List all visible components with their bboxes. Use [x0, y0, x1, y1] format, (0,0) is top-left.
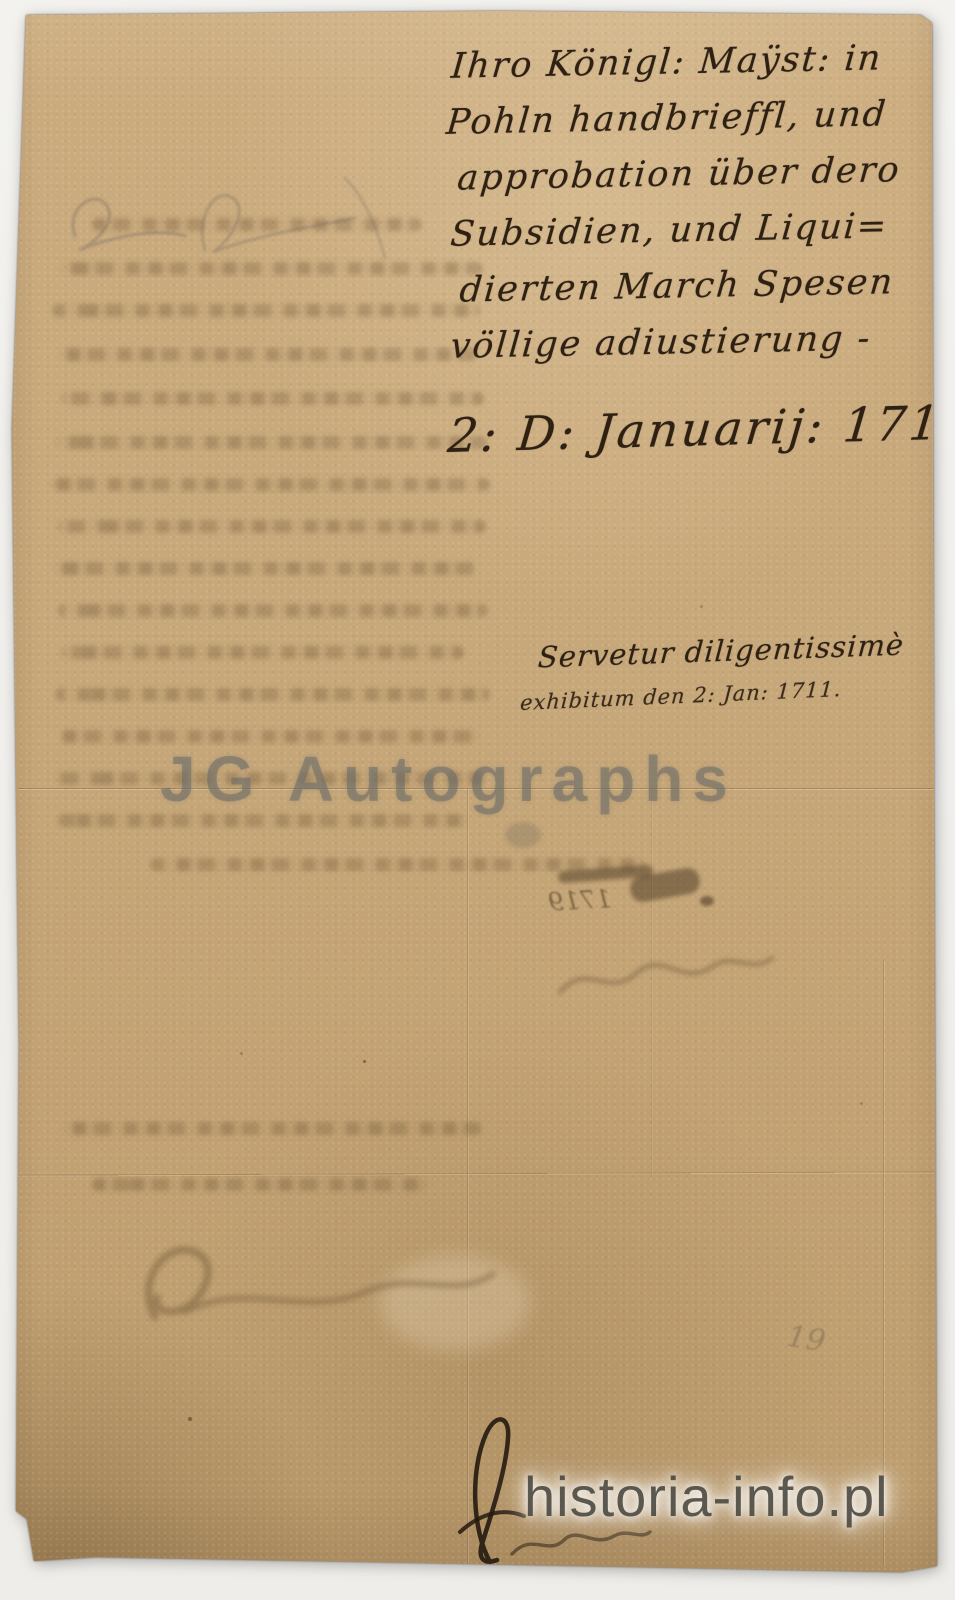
horizontal-fold-crease — [18, 1171, 934, 1176]
docket-line: approbation über dero — [455, 141, 950, 207]
pencil-number: 19 — [784, 1319, 827, 1360]
date-line: 2: D: Januarij: 1711 — [445, 395, 955, 464]
docket-line: dierten March Spesen — [457, 253, 952, 319]
docket-line: Subsidien, und Liqui= — [448, 197, 951, 263]
paper-speck — [700, 605, 703, 608]
bleedthrough-smudge — [505, 822, 541, 848]
docket-line: völlige adiustierung - — [448, 309, 953, 375]
docket-note: Ihro Königl: Maÿst: in Pohln handbrieffl… — [445, 29, 951, 375]
watermark-jg-autographs: JG Autographs — [160, 742, 737, 816]
scanned-document-image: Ihro Königl: Maÿst: in Pohln handbrieffl… — [0, 0, 955, 1600]
paper-speck — [363, 1060, 366, 1063]
archival-note-line2: exhibitum den 2: Jan: 1711. — [519, 677, 842, 715]
paper-speck — [188, 1417, 192, 1421]
docket-line: Pohln handbrieffl, und — [444, 85, 949, 151]
watermark-historia-info: historia-info.pl — [524, 1464, 889, 1529]
ink-blot — [700, 896, 714, 906]
docket-line: Ihro Königl: Maÿst: in — [449, 29, 948, 95]
pencil-scribble — [55, 158, 395, 268]
bleedthrough-year: 1719 — [547, 884, 612, 916]
archival-note-line1: Servetur diligentissimè — [537, 628, 905, 675]
bleedthrough-signature — [125, 1222, 505, 1347]
paper-speck — [240, 1052, 243, 1055]
bleedthrough-signature-small — [548, 930, 778, 1015]
paper-speck — [860, 1102, 863, 1105]
